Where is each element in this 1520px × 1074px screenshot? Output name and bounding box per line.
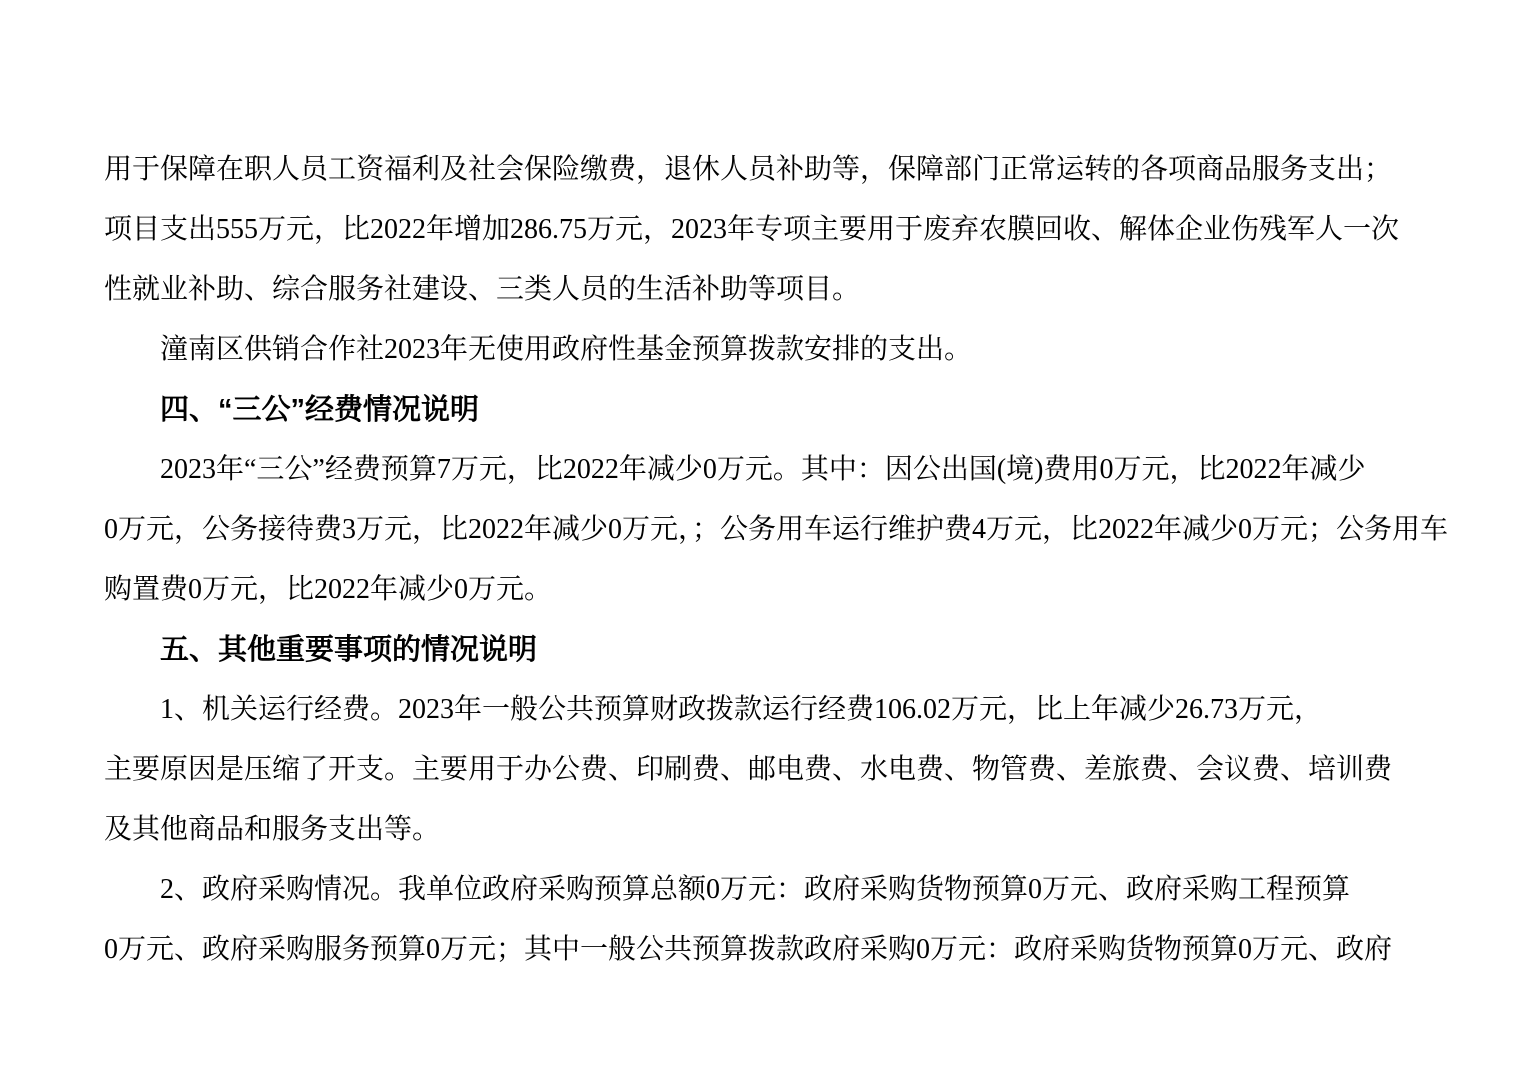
text-line-procurement-1: 2、政府采购情况。我单位政府采购预算总额0万元：政府采购货物预算0万元、政府采购… bbox=[104, 860, 1416, 920]
text-line-gov-fund-statement: 潼南区供销合作社2023年无使用政府性基金预算拨款安排的支出。 bbox=[104, 320, 1416, 380]
text-line-operating-funds-2: 主要原因是压缩了开支。主要用于办公费、印刷费、邮电费、水电费、物管费、差旅费、会… bbox=[104, 740, 1416, 800]
text-line-sangong-2: 0万元，公务接待费3万元，比2022年减少0万元，；公务用车运行维护费4万元，比… bbox=[104, 500, 1416, 560]
text-line-sangong-1: 2023年“三公”经费预算7万元，比2022年减少0万元。其中：因公出国(境)费… bbox=[104, 440, 1416, 500]
text-line-procurement-2: 0万元、政府采购服务预算0万元；其中一般公共预算拨款政府采购0万元：政府采购货物… bbox=[104, 920, 1416, 980]
heading-sangong-expenses: 四、“三公”经费情况说明 bbox=[104, 380, 1416, 440]
text-line-operating-funds-1: 1、机关运行经费。2023年一般公共预算财政拨款运行经费106.02万元，比上年… bbox=[104, 680, 1416, 740]
text-line-expenditure-3: 性就业补助、综合服务社建设、三类人员的生活补助等项目。 bbox=[104, 260, 1416, 320]
document-page: 用于保障在职人员工资福利及社会保险缴费，退休人员补助等，保障部门正常运转的各项商… bbox=[0, 0, 1520, 1074]
heading-other-important-matters: 五、其他重要事项的情况说明 bbox=[104, 620, 1416, 680]
text-line-sangong-3: 购置费0万元，比2022年减少0万元。 bbox=[104, 560, 1416, 620]
text-line-expenditure-1: 用于保障在职人员工资福利及社会保险缴费，退休人员补助等，保障部门正常运转的各项商… bbox=[104, 140, 1416, 200]
text-line-expenditure-2: 项目支出555万元，比2022年增加286.75万元，2023年专项主要用于废弃… bbox=[104, 200, 1416, 260]
text-line-operating-funds-3: 及其他商品和服务支出等。 bbox=[104, 800, 1416, 860]
document-content: 用于保障在职人员工资福利及社会保险缴费，退休人员补助等，保障部门正常运转的各项商… bbox=[104, 140, 1416, 980]
